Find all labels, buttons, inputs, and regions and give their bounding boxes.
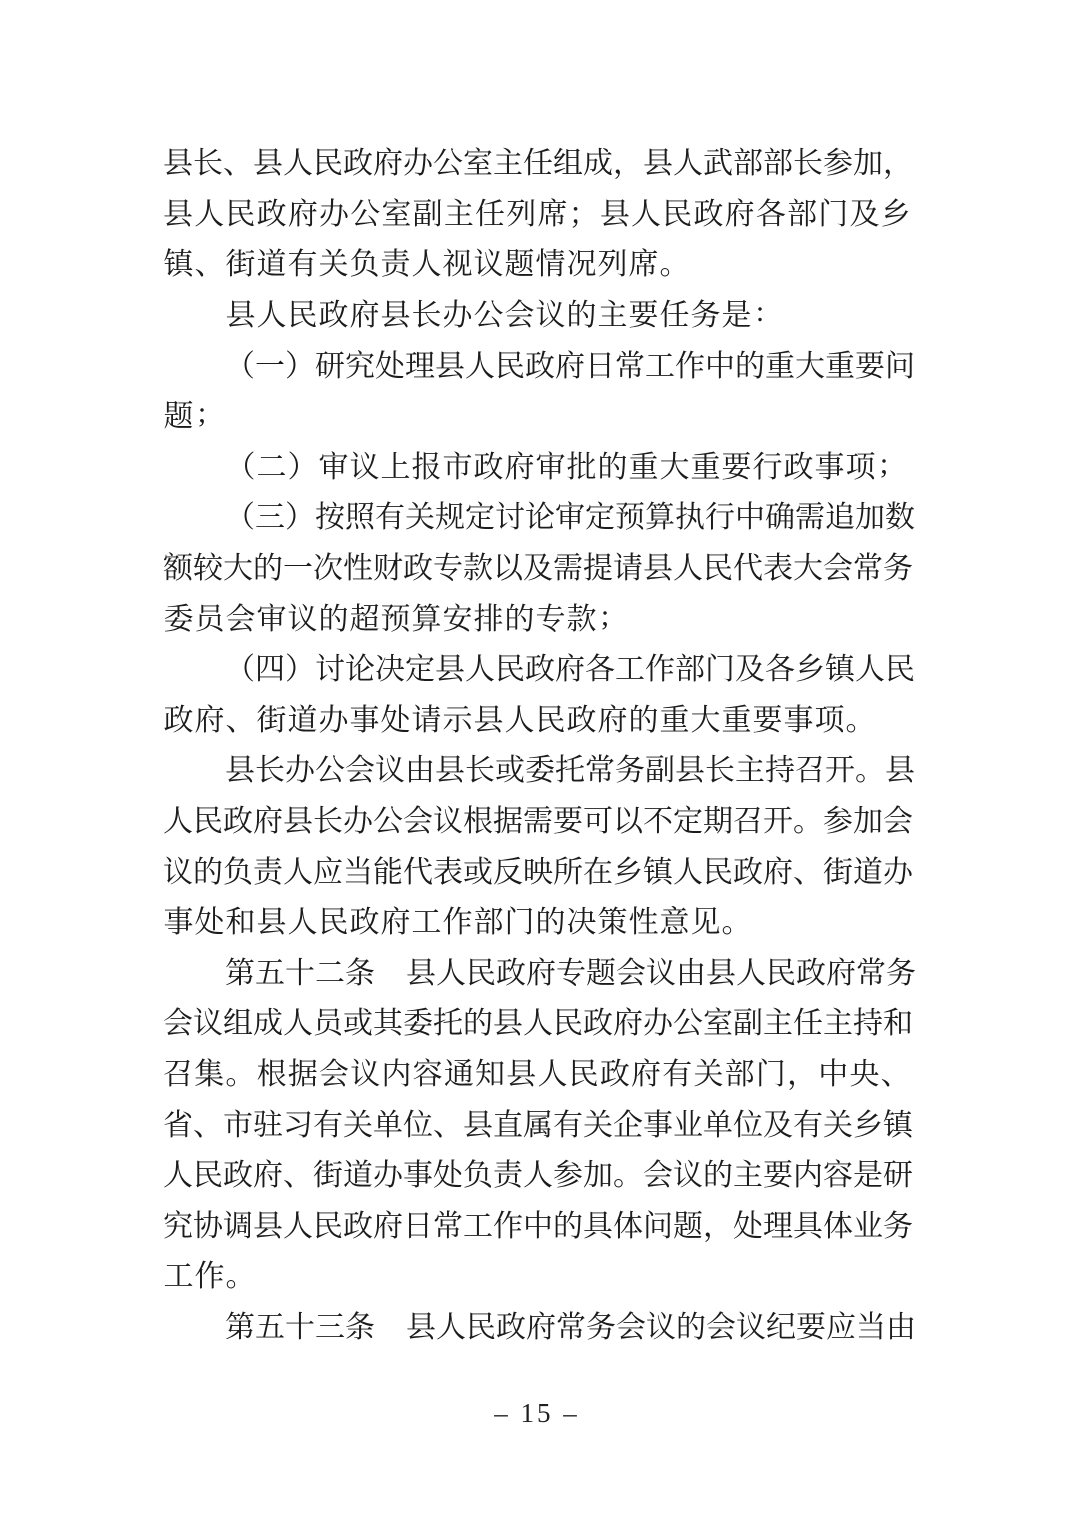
glyph: 企: [613, 1100, 643, 1144]
text-line: 县人民政府县长办公会议的主要任务是:: [163, 287, 911, 338]
text-line: 省、市驻习有关单位、县直属有关企事业单位及有关乡镇: [163, 1096, 911, 1147]
glyph: ，: [883, 138, 913, 182]
glyph: 需: [523, 796, 553, 840]
glyph: 专: [556, 948, 586, 992]
glyph: 表: [433, 847, 463, 891]
text-line: （一）研究处理县人民政府日常工作中的重大重要问: [163, 337, 911, 388]
glyph: 部: [733, 138, 763, 182]
glyph: 政: [733, 847, 763, 891]
glyph: 的: [676, 1302, 706, 1346]
glyph: 或: [495, 745, 525, 789]
glyph: 办: [442, 290, 473, 334]
glyph: 研: [315, 341, 345, 385]
glyph: 长: [705, 745, 735, 789]
glyph: 府: [555, 341, 585, 385]
glyph: 乡: [795, 644, 825, 688]
glyph: 视: [442, 239, 473, 283]
glyph: ;: [194, 396, 210, 430]
glyph: 县: [406, 1302, 436, 1346]
text-line: 县长、县人民政府办公室主任组成，县人武部部长参加，: [163, 135, 911, 186]
glyph: 办: [403, 138, 433, 182]
glyph: 省: [163, 1100, 193, 1144]
glyph: 议: [646, 948, 676, 992]
glyph: 内: [793, 1150, 823, 1194]
glyph: 。: [845, 695, 876, 739]
glyph: 、: [881, 1049, 911, 1093]
glyph: 部: [787, 189, 817, 233]
glyph: 直: [493, 1100, 523, 1144]
glyph: 问: [643, 1201, 673, 1245]
glyph: 的: [597, 442, 628, 486]
glyph: 据: [288, 1049, 318, 1093]
glyph: 务: [615, 745, 645, 789]
text-line: 政府、街道办事处请示县人民政府的重大重要事项。: [163, 692, 911, 743]
glyph: 是: [853, 1150, 883, 1194]
glyph: 开: [763, 796, 793, 840]
glyph: 民: [193, 1150, 223, 1194]
glyph: 十: [285, 1302, 315, 1346]
glyph: 政: [566, 695, 597, 739]
glyph: 、: [283, 1150, 313, 1194]
glyph: 容: [823, 1150, 853, 1194]
glyph: 开: [825, 745, 855, 789]
glyph: 具: [583, 1201, 613, 1245]
glyph: 府: [526, 948, 556, 992]
glyph: 县: [225, 745, 255, 789]
glyph: 题: [504, 239, 535, 283]
glyph: 政: [496, 948, 526, 992]
glyph: 人: [523, 998, 553, 1042]
glyph: 负: [349, 239, 380, 283]
glyph: 日: [403, 1201, 433, 1245]
glyph: 算: [645, 492, 675, 536]
glyph: 政: [343, 1201, 373, 1245]
glyph: 副: [413, 189, 443, 233]
glyph: 成: [253, 998, 283, 1042]
glyph: 县: [493, 998, 523, 1042]
glyph: 由: [405, 745, 435, 789]
glyph: 央: [849, 1049, 879, 1093]
glyph: 关: [318, 239, 349, 283]
glyph: 民: [313, 1201, 343, 1245]
glyph: 习: [283, 1100, 313, 1144]
glyph: 县: [506, 1049, 536, 1093]
glyph: 人: [436, 1302, 466, 1346]
text-line: 事处和县人民政府工作部门的决策性意见。: [163, 894, 911, 945]
glyph: 人: [283, 998, 313, 1042]
glyph: 政: [349, 897, 380, 941]
glyph: 县: [283, 796, 313, 840]
glyph: 报: [411, 442, 442, 486]
glyph: 召: [163, 1049, 193, 1093]
glyph: 列: [506, 189, 536, 233]
glyph: 县: [600, 189, 630, 233]
glyph: 府: [380, 897, 411, 941]
glyph: 算: [411, 594, 442, 638]
glyph: 加: [853, 796, 883, 840]
glyph: 。: [225, 1251, 256, 1295]
glyph: 人: [673, 847, 703, 891]
glyph: 第: [225, 948, 255, 992]
glyph: 府: [631, 1049, 661, 1093]
glyph: 定: [673, 796, 703, 840]
glyph: 有: [662, 1049, 692, 1093]
glyph: 。: [855, 745, 885, 789]
glyph: 办: [883, 847, 913, 891]
glyph: 据: [493, 796, 523, 840]
glyph: 部: [763, 138, 793, 182]
glyph: 关: [823, 1100, 853, 1144]
glyph: 及: [523, 543, 553, 587]
glyph: 镇: [643, 847, 673, 891]
glyph: 长: [193, 138, 223, 182]
glyph: 各: [756, 189, 786, 233]
glyph: 大: [659, 442, 690, 486]
glyph: ;: [597, 599, 613, 633]
glyph: 、: [194, 239, 225, 283]
glyph: 会: [504, 290, 535, 334]
glyph: 关: [343, 1100, 373, 1144]
glyph: 处: [375, 341, 405, 385]
glyph: 安: [442, 594, 473, 638]
text-line: 召集。根据会议内容通知县人民政府有关部门，中央、: [163, 1046, 911, 1097]
glyph: 政: [163, 695, 194, 739]
text-line: 议的负责人应当能代表或反映所在乡镇人民政府、街道办: [163, 843, 911, 894]
glyph: 审: [256, 594, 287, 638]
glyph: 民: [466, 948, 496, 992]
glyph: 责: [253, 847, 283, 891]
glyph: 的: [553, 1201, 583, 1245]
glyph: 定: [585, 492, 615, 536]
glyph: 需: [553, 543, 583, 587]
glyph: 确: [765, 492, 795, 536]
glyph: 重: [721, 695, 752, 739]
glyph: 政: [473, 442, 504, 486]
glyph: 民: [535, 695, 566, 739]
glyph: 重: [825, 341, 855, 385]
glyph: 民: [495, 341, 525, 385]
glyph: 超: [349, 594, 380, 638]
glyph: 道: [287, 695, 318, 739]
glyph: 题: [163, 391, 194, 435]
glyph: 长: [465, 745, 495, 789]
glyph: 会: [345, 745, 375, 789]
glyph: 府: [373, 138, 403, 182]
glyph: 议: [646, 1302, 676, 1346]
glyph: 项: [845, 442, 876, 486]
glyph: 县: [643, 138, 673, 182]
glyph: 公: [473, 290, 504, 334]
glyph: 处: [433, 1150, 463, 1194]
glyph: 作: [493, 1201, 523, 1245]
glyph: 办: [643, 998, 673, 1042]
glyph: 作: [675, 341, 705, 385]
glyph: 政: [783, 442, 814, 486]
glyph: 员: [194, 594, 225, 638]
glyph: 府: [613, 998, 643, 1042]
glyph: 通: [444, 1049, 474, 1093]
glyph: 工: [163, 1251, 194, 1295]
glyph: 要: [553, 796, 583, 840]
glyph: 大: [795, 341, 825, 385]
glyph: 代: [733, 543, 763, 587]
glyph: 托: [555, 745, 585, 789]
glyph: 排: [473, 594, 504, 638]
glyph: 公: [673, 998, 703, 1042]
glyph: 主: [597, 290, 628, 334]
glyph: 民: [287, 290, 318, 334]
page-number: – 15 –: [0, 1398, 1074, 1429]
glyph: 十: [285, 948, 315, 992]
glyph: 的: [566, 290, 597, 334]
glyph: 公: [315, 745, 345, 789]
glyph: 专: [535, 594, 566, 638]
glyph: 议: [193, 998, 223, 1042]
glyph: 性: [343, 543, 373, 587]
glyph: ;: [876, 447, 892, 481]
glyph: 中: [523, 1201, 553, 1245]
glyph: 提: [583, 543, 613, 587]
glyph: 见: [690, 897, 721, 941]
glyph: 审: [318, 442, 349, 486]
glyph: ；: [569, 189, 599, 233]
glyph: 事: [349, 695, 380, 739]
glyph: 三: [255, 492, 285, 536]
glyph: 驻: [253, 1100, 283, 1144]
glyph: 人: [736, 948, 766, 992]
glyph: 乡: [853, 1100, 883, 1144]
glyph: 要: [721, 442, 752, 486]
glyph: 执: [675, 492, 705, 536]
glyph: 要: [763, 1150, 793, 1194]
glyph: 所: [553, 847, 583, 891]
text-line: 工作。: [163, 1248, 911, 1299]
text-line: 人民政府、街道办事处负责人参加。会议的主要内容是研: [163, 1147, 911, 1198]
glyph: 的: [628, 695, 659, 739]
glyph: 。: [659, 239, 690, 283]
glyph: 或: [463, 847, 493, 891]
glyph: 持: [765, 745, 795, 789]
glyph: 的: [535, 897, 566, 941]
glyph: 民: [313, 138, 343, 182]
glyph: 人: [283, 847, 313, 891]
glyph: 工: [645, 341, 675, 385]
glyph: 门: [705, 644, 735, 688]
glyph: 事: [643, 1100, 673, 1144]
glyph: 决: [566, 897, 597, 941]
glyph: 议: [535, 290, 566, 334]
glyph: 的: [504, 594, 535, 638]
glyph: 位: [733, 1100, 763, 1144]
glyph: 应: [313, 847, 343, 891]
glyph: 财: [373, 543, 403, 587]
glyph: 乡: [613, 847, 643, 891]
glyph: 题: [586, 948, 616, 992]
glyph: 款: [463, 543, 493, 587]
glyph: 街: [823, 847, 853, 891]
glyph: 容: [413, 1049, 443, 1093]
glyph: 反: [493, 847, 523, 891]
glyph: 门: [504, 897, 535, 941]
glyph: 府: [763, 847, 793, 891]
glyph: 不: [643, 796, 673, 840]
glyph: 议: [673, 1150, 703, 1194]
glyph: 长: [255, 745, 285, 789]
glyph: 民: [569, 1049, 599, 1093]
glyph: ，: [703, 1201, 733, 1245]
glyph: 论: [345, 644, 375, 688]
glyph: 政: [318, 290, 349, 334]
glyph: 中: [735, 492, 765, 536]
text-line: 题;: [163, 388, 911, 439]
glyph: 议: [349, 442, 380, 486]
glyph: 定: [405, 644, 435, 688]
glyph: 示: [442, 695, 473, 739]
glyph: 民: [495, 644, 525, 688]
glyph: 任: [659, 290, 690, 334]
glyph: 召: [733, 796, 763, 840]
glyph: 可: [583, 796, 613, 840]
glyph: 和: [883, 998, 913, 1042]
glyph: 款: [566, 594, 597, 638]
glyph: 办: [373, 1150, 403, 1194]
glyph: 组: [223, 998, 253, 1042]
text-line: 镇、街道有关负责人视议题情况列席。: [163, 236, 911, 287]
glyph: 关: [693, 1049, 723, 1093]
glyph: 及: [763, 1100, 793, 1144]
glyph: 镇: [825, 644, 855, 688]
glyph: 办: [318, 695, 349, 739]
glyph: 政: [223, 796, 253, 840]
glyph: 的: [463, 998, 493, 1042]
glyph: 府: [597, 695, 628, 739]
glyph: 有: [553, 1100, 583, 1144]
glyph: 各: [765, 644, 795, 688]
text-line: 会议组成人员或其委托的县人民政府办公室副主任主持和: [163, 995, 911, 1046]
glyph: 以: [493, 543, 523, 587]
glyph: 政: [223, 1150, 253, 1194]
glyph: 主: [444, 189, 474, 233]
glyph: 副: [733, 998, 763, 1042]
glyph: 持: [853, 998, 883, 1042]
glyph: 会: [616, 1302, 646, 1346]
glyph: 会: [883, 796, 913, 840]
glyph: 协: [193, 1201, 223, 1245]
glyph: ）: [285, 644, 315, 688]
glyph: 上: [380, 442, 411, 486]
glyph: 处: [194, 897, 225, 941]
document-page: 县长、县人民政府办公室主任组成，县人武部部长参加，县人民政府办公室副主任列席；县…: [0, 0, 1074, 1520]
glyph: 委: [403, 998, 433, 1042]
glyph: （: [225, 442, 256, 486]
glyph: 县: [406, 948, 436, 992]
glyph: 委: [525, 745, 555, 789]
glyph: （: [225, 644, 255, 688]
glyph: 民: [766, 948, 796, 992]
glyph: 常: [585, 745, 615, 789]
glyph: 题: [673, 1201, 703, 1245]
glyph: 县: [675, 745, 705, 789]
glyph: 负: [463, 1150, 493, 1194]
glyph: 道: [256, 239, 287, 283]
glyph: 府: [253, 796, 283, 840]
glyph: 属: [523, 1100, 553, 1144]
glyph: 会: [616, 948, 646, 992]
glyph: 内: [381, 1049, 411, 1093]
glyph: 的: [735, 341, 765, 385]
text-line: 县长办公会议由县长或委托常务副县长主持召开。县: [163, 742, 911, 793]
glyph: 是: [721, 290, 752, 334]
glyph: 公: [373, 796, 403, 840]
glyph: 追: [825, 492, 855, 536]
glyph: 府: [555, 644, 585, 688]
glyph: 调: [223, 1201, 253, 1245]
glyph: 请: [411, 695, 442, 739]
glyph: 各: [585, 644, 615, 688]
glyph: 议: [736, 1302, 766, 1346]
glyph: 二: [256, 442, 287, 486]
glyph: 席: [628, 239, 659, 283]
glyph: 究: [163, 1201, 193, 1245]
glyph: 责: [493, 1150, 523, 1194]
glyph: 和: [225, 897, 256, 941]
glyph: 况: [566, 239, 597, 283]
glyph: 市: [442, 442, 473, 486]
glyph: 理: [405, 341, 435, 385]
glyph: 、: [225, 695, 256, 739]
glyph: 人: [631, 189, 661, 233]
glyph: 重: [628, 442, 659, 486]
glyph: 县: [253, 1201, 283, 1245]
glyph: 市: [223, 1100, 253, 1144]
glyph: 由: [676, 948, 706, 992]
glyph: 人: [673, 138, 703, 182]
glyph: 列: [597, 239, 628, 283]
glyph: 工: [463, 1201, 493, 1245]
glyph: 情: [535, 239, 566, 283]
glyph: 常: [853, 543, 883, 587]
glyph: 政: [796, 948, 826, 992]
glyph: 务: [586, 1302, 616, 1346]
glyph: 部: [725, 1049, 755, 1093]
glyph: 会: [319, 1049, 349, 1093]
glyph: 托: [433, 998, 463, 1042]
glyph: 议: [375, 745, 405, 789]
glyph: 长: [313, 796, 343, 840]
glyph: ，: [787, 1049, 817, 1093]
glyph: 其: [373, 998, 403, 1042]
glyph: 业: [853, 1201, 883, 1245]
glyph: 研: [883, 1150, 913, 1194]
glyph: 务: [883, 1201, 913, 1245]
glyph: 在: [583, 847, 613, 891]
glyph: 单: [373, 1100, 403, 1144]
glyph: 数: [885, 492, 915, 536]
glyph: 加: [583, 1150, 613, 1194]
glyph: 预: [615, 492, 645, 536]
glyph: 按: [315, 492, 345, 536]
glyph: 较: [193, 543, 223, 587]
glyph: 会: [706, 1302, 736, 1346]
glyph: 预: [380, 594, 411, 638]
glyph: 县: [435, 341, 465, 385]
glyph: 理: [763, 1201, 793, 1245]
glyph: 政: [496, 1302, 526, 1346]
glyph: 议: [433, 796, 463, 840]
glyph: 日: [585, 341, 615, 385]
text-line: （二）审议上报市政府审批的重大重要行政事项;: [163, 439, 911, 490]
glyph: 规: [435, 492, 465, 536]
